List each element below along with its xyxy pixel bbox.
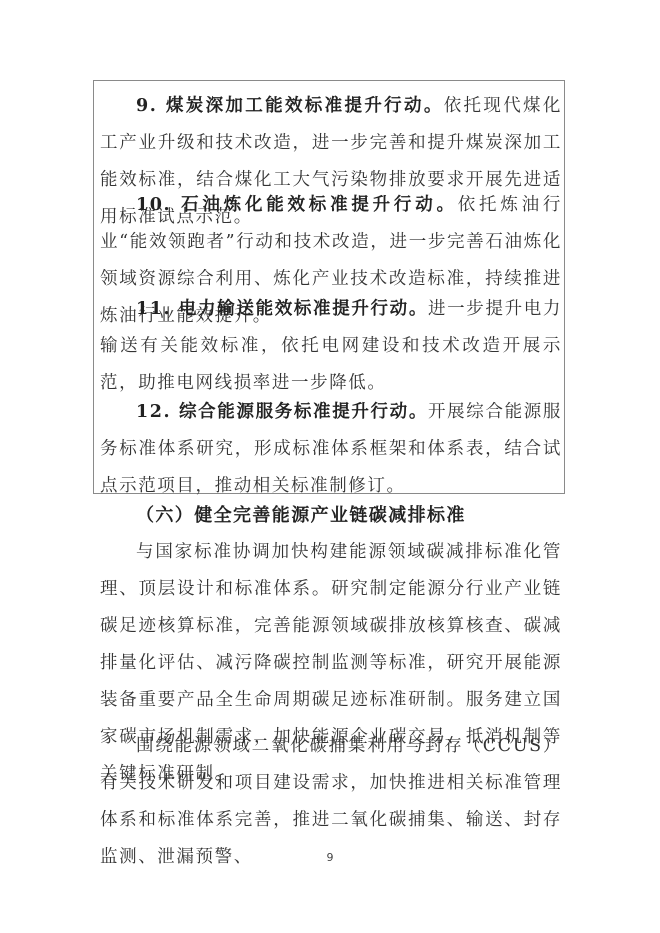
- boxed-item-11: 11. 电力输送能效标准提升行动。进一步提升电力输送有关能效标准，依托电网建设和…: [100, 291, 562, 402]
- document-page: 9. 煤炭深加工能效标准提升行动。依托现代煤化工产业升级和技术改造，进一步完善和…: [0, 0, 660, 933]
- item-title: 9. 煤炭深加工能效标准提升行动。: [136, 96, 444, 116]
- item-title: 12. 综合能源服务标准提升行动。: [136, 402, 428, 422]
- section-heading: （六）健全完善能源产业链碳减排标准: [136, 497, 556, 534]
- page-number: 9: [0, 851, 660, 864]
- item-title: 11. 电力输送能效标准提升行动。: [136, 299, 428, 319]
- item-title: 10. 石油炼化能效标准提升行动。: [136, 195, 458, 215]
- boxed-item-12: 12. 综合能源服务标准提升行动。开展综合能源服务标准体系研究，形成标准体系框架…: [100, 394, 562, 505]
